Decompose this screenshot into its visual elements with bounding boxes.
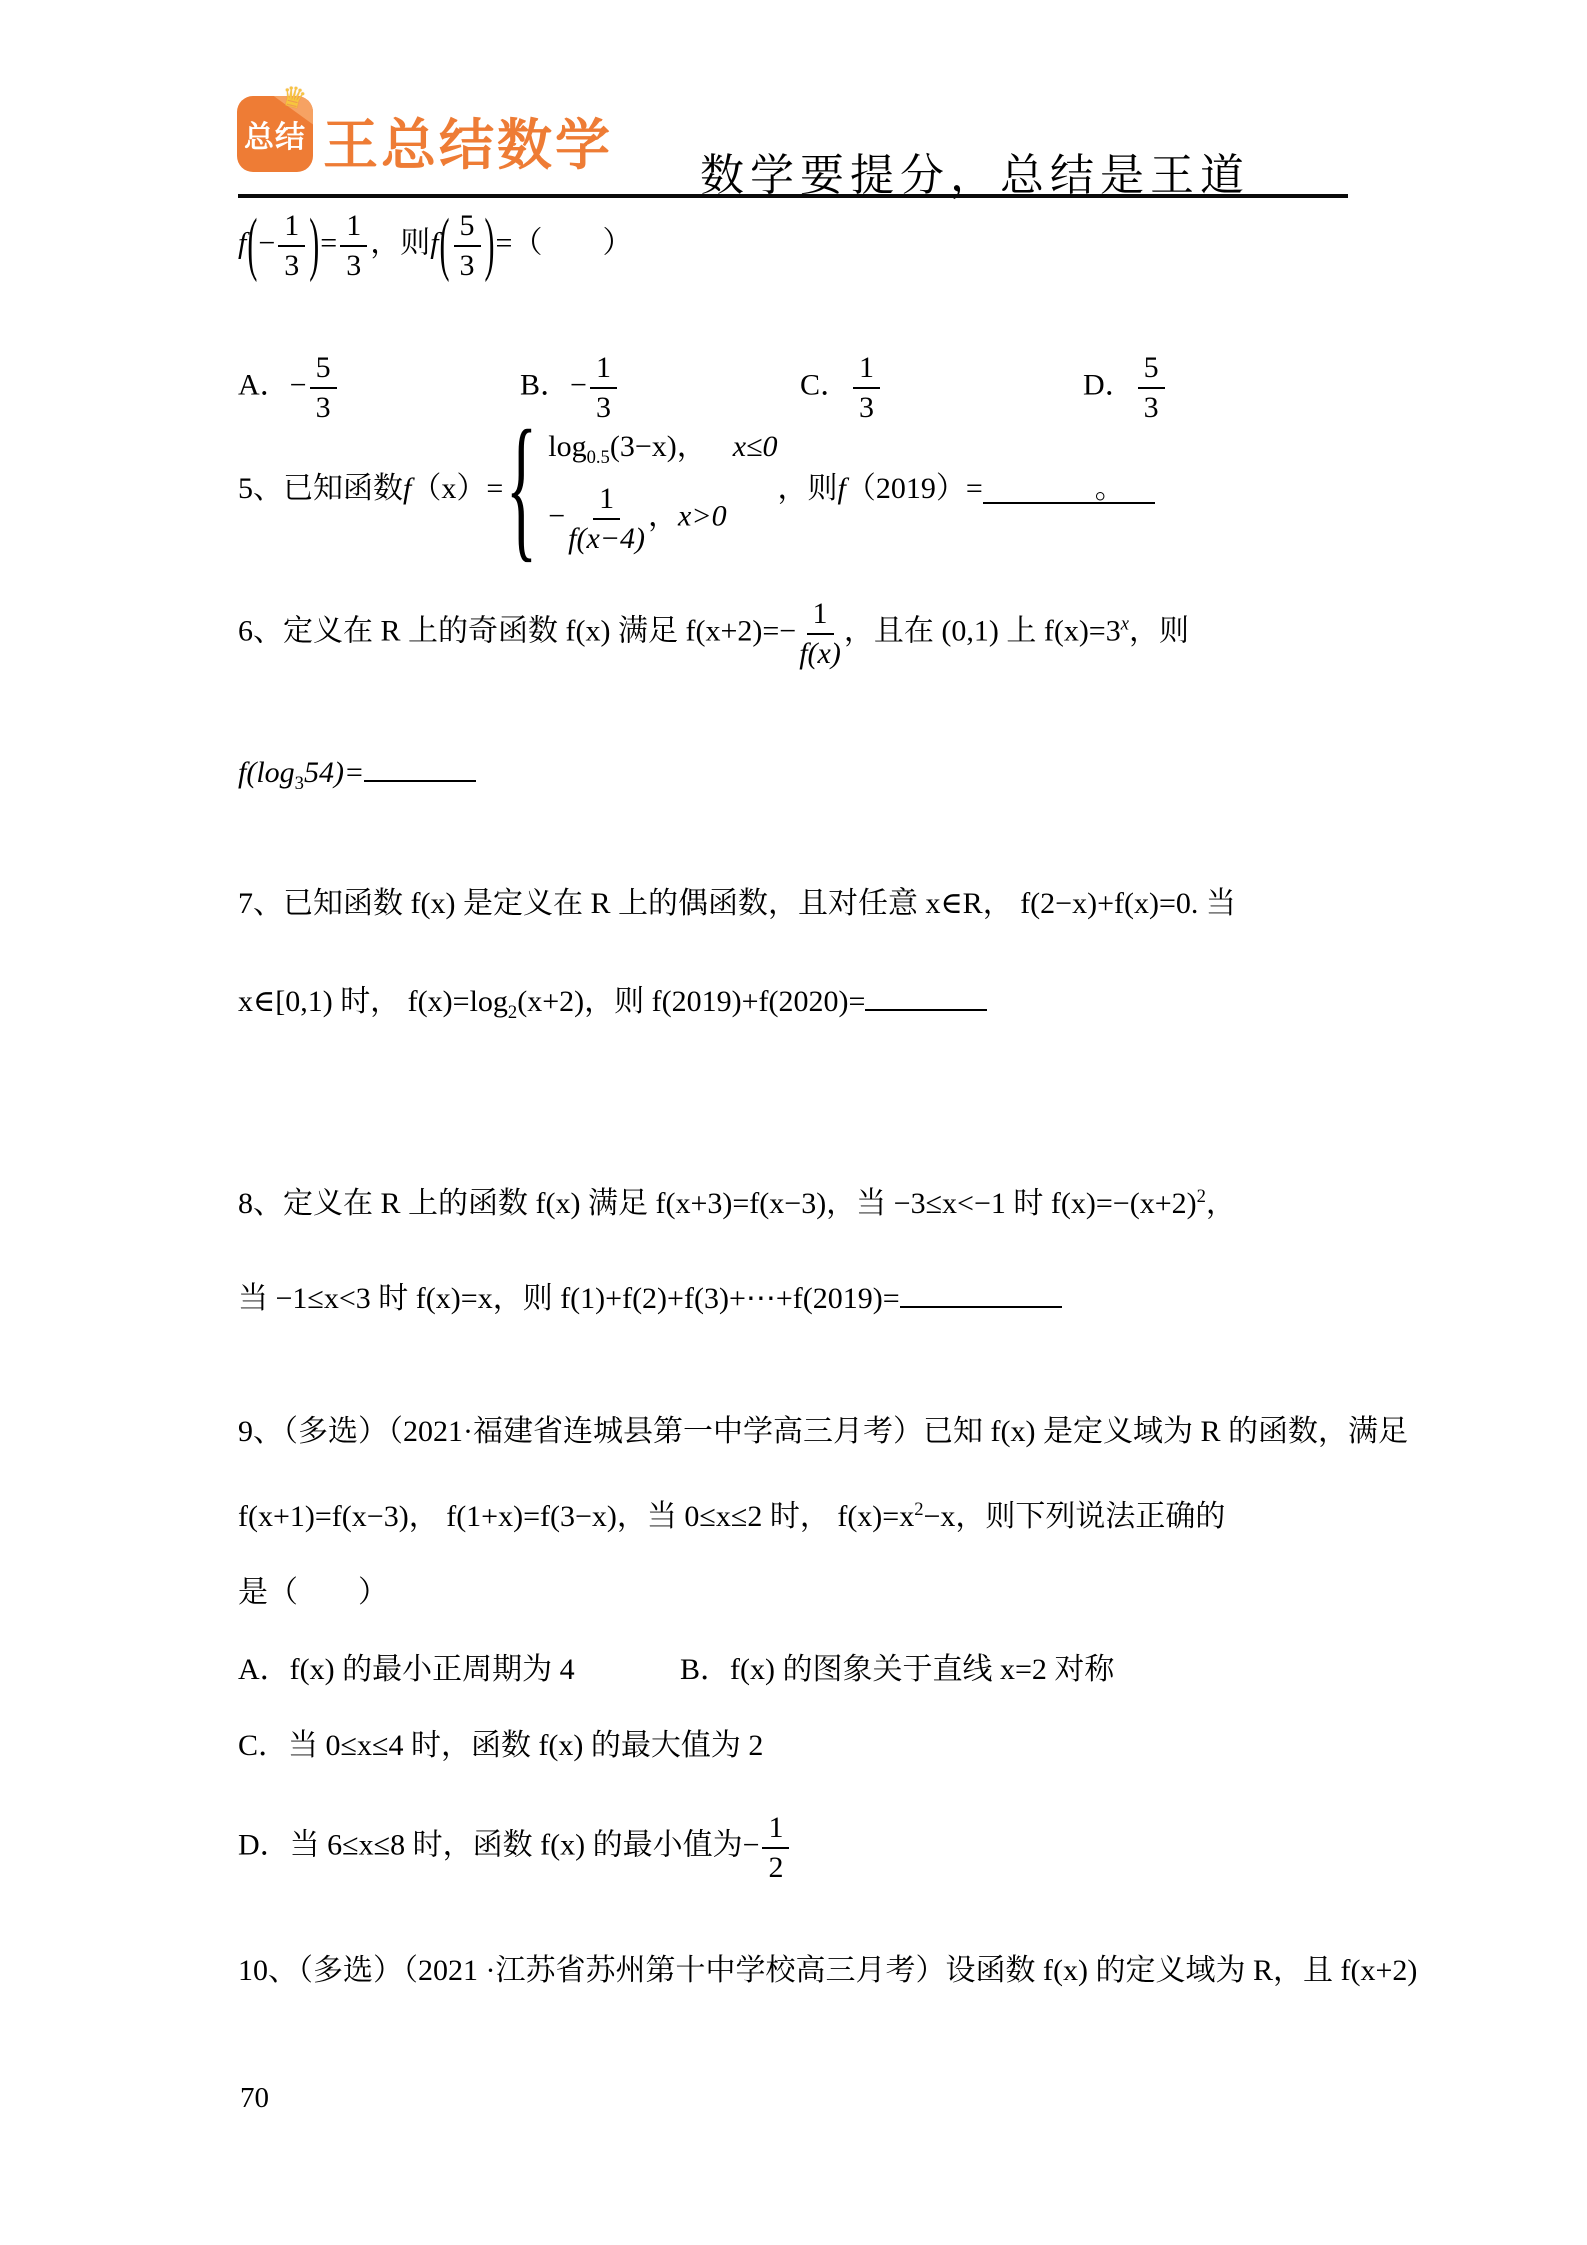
text-run: 是（ ）: [238, 1576, 388, 1609]
math-fraction: 53: [454, 210, 481, 281]
exponent: x: [1121, 613, 1129, 634]
text-run: 8、定义在 R 上的函数 f(x) 满足 f(x+3)=f(x−3)，当 −3≤…: [238, 1187, 1197, 1220]
option-c: C．13: [800, 352, 883, 423]
math-run: （2019）=: [846, 472, 983, 505]
fraction-denominator: 3: [596, 389, 611, 424]
fraction-numerator: 1: [590, 352, 617, 389]
question-7-line-2: x∈[0,1) 时， f(x)=log2(x+2)，则 f(2019)+f(20…: [238, 977, 987, 1024]
math-fraction: 1f(x): [799, 598, 841, 669]
condition: x>0: [678, 500, 727, 533]
question-9-line-2: f(x+1)=f(x−3)， f(1+x)=f(3−x)，当 0≤x≤2 时， …: [238, 1498, 1225, 1536]
math-run: 54)=: [304, 756, 364, 789]
right-paren: ): [485, 210, 495, 281]
piecewise-row-top: log0.5(3−x)，x≤0: [548, 428, 777, 469]
option-label: A．: [238, 368, 290, 401]
text-run: 10、（多选）（2021 ·江苏省苏州第十中学校高三月考）设函数 f(x) 的定…: [238, 1954, 1417, 1987]
question-10-line-1: 10、（多选）（2021 ·江苏省苏州第十中学校高三月考）设函数 f(x) 的定…: [238, 1952, 1417, 1990]
math-run: −: [290, 368, 307, 401]
piecewise-row-bottom: −1f(x−4)，x>0: [548, 483, 777, 554]
question-8-line-2: 当 −1≤x<3 时 f(x)=x，则 f(1)+f(2)+f(3)+⋯+f(2…: [238, 1274, 1062, 1318]
fraction-denominator: 3: [346, 247, 361, 282]
question-9-line-1: 9、（多选）（2021·福建省连城县第一中学高三月考）已知 f(x) 是定义域为…: [238, 1413, 1408, 1451]
option-text: C．当 0≤x≤4 时，函数 f(x) 的最大值为 2: [238, 1729, 763, 1762]
question-5: 5、已知函数f（x）={log0.5(3−x)，x≤0−1f(x−4)，x>0，…: [238, 428, 1155, 554]
option-text: D．当 6≤x≤8 时，函数 f(x) 的最小值为−: [238, 1828, 759, 1861]
answer-blank: [364, 748, 476, 782]
header-divider: [238, 194, 1348, 198]
text-run: 当 −1≤x<3 时 f(x)=x，则 f(1)+f(2)+f(3)+⋯+f(2…: [238, 1282, 900, 1315]
text-run: 6、定义在 R 上的奇函数 f(x) 满足 f(x+2)=−: [238, 614, 796, 647]
exponent: 2: [1197, 1186, 1206, 1207]
log-base: 2: [508, 1002, 517, 1023]
fraction-denominator: 3: [284, 247, 299, 282]
question-9-option-b: B．f(x) 的图象关于直线 x=2 对称: [680, 1644, 1114, 1688]
fraction-denominator: f(x−4): [568, 520, 645, 555]
math-fraction: 13: [590, 352, 617, 423]
math-run: f: [238, 226, 246, 259]
option-label: D．: [1083, 368, 1135, 401]
log-base: 0.5: [587, 447, 610, 468]
math-run: log: [548, 430, 586, 463]
option-a: A．−53: [238, 352, 340, 423]
fraction-numerator: 5: [1138, 352, 1165, 389]
text-run: 5、已知函数: [238, 472, 403, 505]
math-fraction: 53: [1138, 352, 1165, 423]
fraction-numerator: 1: [807, 598, 834, 635]
fraction-numerator: 1: [340, 210, 367, 247]
math-fraction: 13: [853, 352, 880, 423]
condition: x≤0: [733, 430, 778, 463]
page-number: 70: [240, 2082, 269, 2115]
right-paren: ): [309, 210, 319, 281]
log-base: 3: [295, 773, 304, 794]
math-run: (3−x)，: [610, 430, 707, 463]
question-6-line-2: f(log354)=: [238, 748, 476, 795]
question-9-line-3: 是（ ）: [238, 1574, 388, 1612]
brand-name: 王总结数学: [323, 101, 613, 180]
text-run: ，: [1206, 1187, 1236, 1220]
brace: {: [506, 411, 537, 572]
text-run: ，且在 (0,1) 上 f(x)=3: [844, 614, 1121, 647]
option-d: D．53: [1083, 352, 1168, 423]
answer-blank: [865, 977, 987, 1011]
math-fraction: 13: [340, 210, 367, 281]
math-fraction: 13: [278, 210, 305, 281]
fraction-denominator: 3: [1144, 389, 1159, 424]
fraction-numerator: 5: [454, 210, 481, 247]
period-mark: 。: [1095, 472, 1125, 505]
fraction-numerator: 1: [853, 352, 880, 389]
option-label: B．: [520, 368, 570, 401]
fraction-denominator: 3: [316, 389, 331, 424]
math-fraction: 1f(x−4): [568, 483, 645, 554]
math-run: −: [570, 368, 587, 401]
math-run: f(log: [238, 756, 295, 789]
fraction-numerator: 1: [762, 1812, 789, 1849]
option-text: B．f(x) 的图象关于直线 x=2 对称: [680, 1653, 1114, 1686]
fraction-denominator: f(x): [799, 635, 841, 670]
option-text: A．f(x) 的最小正周期为 4: [238, 1653, 575, 1686]
question-6-line-1: 6、定义在 R 上的奇函数 f(x) 满足 f(x+2)=−1f(x)，且在 (…: [238, 598, 1189, 669]
math-run: f: [430, 226, 438, 259]
fraction-numerator: 1: [593, 483, 620, 520]
piecewise-rows: log0.5(3−x)，x≤0−1f(x−4)，x>0: [548, 428, 777, 554]
text-run: 7、已知函数 f(x) 是定义在 R 上的偶函数，且对任意 x∈R， f(2−x…: [238, 887, 1236, 920]
option-label: C．: [800, 368, 850, 401]
question-4-stem: f(−13)=13，则f(53)=（ ）: [238, 210, 632, 281]
question-9-option-c: C．当 0≤x≤4 时，函数 f(x) 的最大值为 2: [238, 1720, 763, 1764]
text-run: 9、（多选）（2021·福建省连城县第一中学高三月考）已知 f(x) 是定义域为…: [238, 1415, 1408, 1448]
text-run: ，则: [778, 472, 838, 505]
fraction-denominator: 3: [859, 389, 874, 424]
answer-blank: 。: [983, 470, 1155, 504]
piecewise-function: {log0.5(3−x)，x≤0−1f(x−4)，x>0: [503, 428, 777, 554]
fraction-numerator: 5: [310, 352, 337, 389]
math-run: −: [548, 500, 565, 533]
math-run: =: [320, 226, 337, 259]
question-7-line-1: 7、已知函数 f(x) 是定义在 R 上的偶函数，且对任意 x∈R， f(2−x…: [238, 885, 1236, 923]
question-8-line-1: 8、定义在 R 上的函数 f(x) 满足 f(x+3)=f(x−3)，当 −3≤…: [238, 1185, 1236, 1223]
math-fraction: 12: [762, 1812, 789, 1883]
math-run: （x）=: [411, 472, 503, 505]
math-fraction: 53: [310, 352, 337, 423]
exponent: 2: [914, 1499, 923, 1520]
text-run: −x，则下列说法正确的: [924, 1500, 1226, 1533]
fraction-denominator: 2: [768, 1849, 783, 1884]
question-9-option-d: D．当 6≤x≤8 时，函数 f(x) 的最小值为−12: [238, 1812, 792, 1883]
math-run: (x+2)，则 f(2019)+f(2020)=: [517, 985, 865, 1018]
text-run: ，则: [1129, 614, 1189, 647]
text-run: =（ ）: [496, 226, 633, 259]
math-run: ，: [648, 500, 678, 533]
math-run: x∈[0,1) 时， f(x)=log: [238, 985, 508, 1018]
answer-blank: [900, 1274, 1062, 1308]
worksheet-page: ♛ 总结 王总结数学 数学要提分，总结是王道 f(−13)=13，则f(53)=…: [0, 0, 1587, 2245]
left-paren: (: [440, 210, 450, 281]
math-run: f(x+1)=f(x−3)， f(1+x)=f(3−x)，当 0≤x≤2 时， …: [238, 1500, 914, 1533]
math-run: f: [838, 472, 846, 505]
fraction-denominator: 3: [460, 247, 475, 282]
math-run: −: [258, 226, 275, 259]
fraction-numerator: 1: [278, 210, 305, 247]
left-paren: (: [247, 210, 257, 281]
question-9-option-a: A．f(x) 的最小正周期为 4: [238, 1644, 575, 1688]
text-run: ，则: [370, 226, 430, 259]
